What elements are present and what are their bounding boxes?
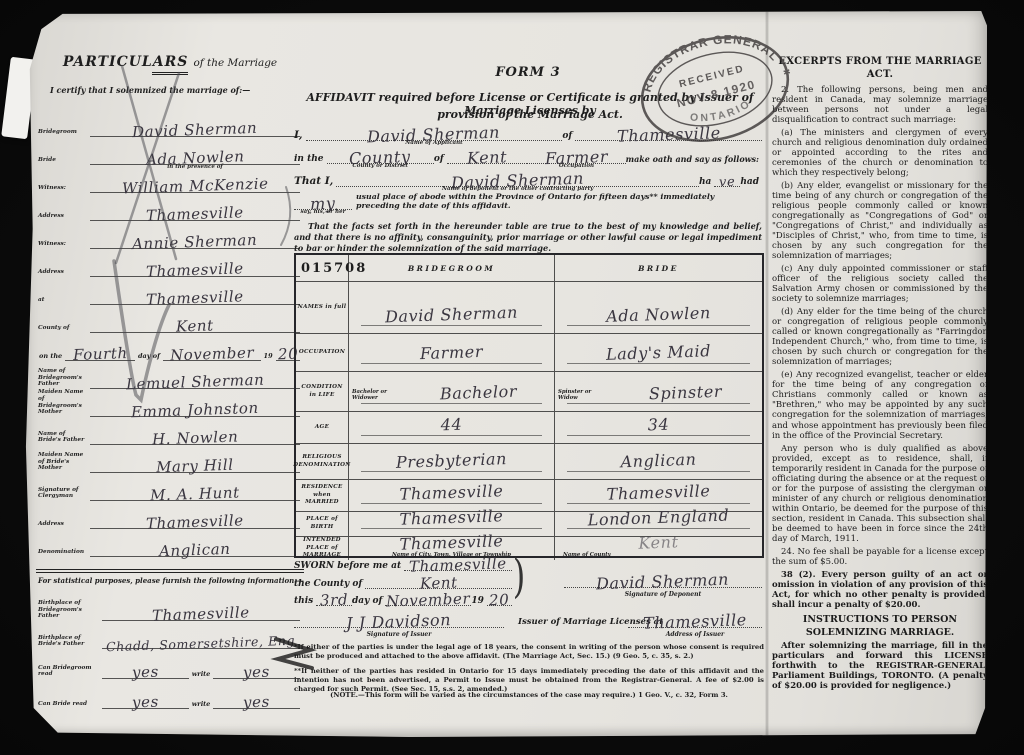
handwritten-value: 44 <box>349 411 555 437</box>
excerpts-column: EXCERPTS FROM THE MARRIAGE ACT. 2. The f… <box>772 55 988 694</box>
handwritten-value: Farmer <box>349 339 555 365</box>
field-bridegroom-father: Name of Bridegroom's Father Lemuel Sherm… <box>36 363 300 389</box>
handwritten-value: Anglican <box>159 540 231 560</box>
serial-number: 015708 <box>296 255 348 281</box>
handwritten-value: Thamesville <box>146 287 244 308</box>
writing-line: Fourth <box>65 345 135 361</box>
excerpts-heading: EXCERPTS FROM THE MARRIAGE ACT. <box>772 55 988 81</box>
section-divider <box>36 569 304 573</box>
cell-names-bride: Ada Nowlen <box>554 281 762 333</box>
field-bride-father: Name of Bride's Father H. Nowlen <box>36 419 300 445</box>
cell-religion-bride: Anglican <box>554 443 762 479</box>
cell-age-groom: 44 <box>348 411 554 443</box>
marriage-affidavit-document: PARTICULARS of the Marriage I certify th… <box>24 11 987 737</box>
footnote-note: (NOTE.—This form will be varied as the c… <box>294 691 764 699</box>
field-at: at Thamesville <box>36 279 300 305</box>
handwritten-value: Ada Nowlen <box>555 301 763 327</box>
writing-line: Ada Nowlen in the presence of <box>90 149 300 165</box>
issuer-address-line: Thamesville <box>628 603 762 628</box>
cell-occupation-bride: Lady's Maid <box>554 333 762 371</box>
excerpt-paragraph: 24. No fee shall be payable for a licens… <box>772 547 988 567</box>
field-label: Maiden Name of Bridegroom's Mother <box>36 389 90 417</box>
handwritten-value: David Sherman <box>132 119 258 141</box>
field-label: Bride <box>36 157 90 165</box>
handwritten-value: yes <box>243 663 270 682</box>
handwritten-value: Bachelor <box>405 380 553 404</box>
instructions-heading: INSTRUCTIONS TO PERSON SOLEMNIZING MARRI… <box>772 614 988 640</box>
handwritten-value: Anglican <box>555 447 763 473</box>
handwritten-value: Thamesville <box>152 603 250 624</box>
field-clergyman-address: Address Thamesville <box>36 503 300 529</box>
excerpt-paragraph: (d) Any elder for the time being of the … <box>772 307 988 367</box>
year-printed: 19 <box>261 352 276 361</box>
field-bridegroom-mother: Maiden Name of Bridegroom's Mother Emma … <box>36 391 300 417</box>
handwritten-value: Lemuel Sherman <box>126 371 265 394</box>
writing-line: Anglican <box>90 541 300 557</box>
scan-background: PARTICULARS of the Marriage I certify th… <box>0 0 1024 755</box>
writing-line: Chadd, Somersetshire, Eng <box>102 636 300 649</box>
excerpt-paragraph: (c) Any duly appointed commissioner or s… <box>772 264 988 304</box>
writing-line: Emma Johnston <box>90 401 300 417</box>
field-bride: Bride Ada Nowlen in the presence of <box>36 139 300 165</box>
writing-line: yes <box>102 693 189 709</box>
field-label: Signature of Clergyman <box>36 487 90 501</box>
particulars-title-suffix: of the Marriage <box>193 57 277 69</box>
writing-line: my say, his, or her <box>294 194 352 210</box>
statistical-note: For statistical purposes, please furnish… <box>38 577 304 585</box>
handwritten-value: 34 <box>555 411 763 437</box>
field-bridegroom: Bridegroom David Sherman <box>36 111 300 137</box>
cell-names-groom: David Sherman <box>348 281 554 333</box>
handwritten-value: Presbyterian <box>349 447 555 473</box>
field-bride-mother: Maiden Name of Bride's Mother Mary Hill <box>36 447 300 473</box>
handwritten-value: Thamesville <box>146 259 244 280</box>
deponent-signature-label: Signature of Deponent <box>564 591 762 598</box>
condition-sub-label: Spinster or Widow <box>558 389 612 402</box>
field-label: Witness: <box>36 185 90 193</box>
cell-age-bride: 34 <box>554 411 762 443</box>
row-label-residence: RESIDENCE when MARRIED <box>296 479 348 511</box>
field-marriage-date: on the Fourth day of November 19 20 <box>36 335 300 361</box>
writing-line: Thamesville <box>90 261 300 277</box>
field-label: Bridegroom <box>36 129 90 137</box>
excerpt-paragraph: (b) Any elder, evangelist or missionary … <box>772 181 988 261</box>
handwritten-value: Emma Johnston <box>131 399 259 421</box>
cell-religion-groom: Presbyterian <box>348 443 554 479</box>
cell-condition-bride: Spinster or Widow Spinster <box>554 371 762 411</box>
writing-line: Kent <box>90 317 300 333</box>
field-birthplace-bride-father: Birthplace of Bride's Father Chadd, Some… <box>36 623 300 649</box>
handwritten-value: Chadd, Somersetshire, Eng <box>106 633 296 655</box>
writing-line: M. A. Hunt <box>90 485 300 501</box>
field-label: Witness: <box>36 241 90 249</box>
stamp-star: ✱ <box>782 67 792 79</box>
deponent-signature: David Sherman <box>596 570 730 594</box>
handwritten-value: Thamesville <box>555 479 763 505</box>
handwritten-value: David Sherman <box>349 301 555 327</box>
field-witness-1: Witness: William McKenzie <box>36 167 300 193</box>
footnote-1: *If either of the parties is under the l… <box>294 643 764 661</box>
sub-note: say, his, or her <box>294 210 352 216</box>
handwritten-value: yes <box>132 663 159 682</box>
issuer-address-label: Address of Issuer <box>628 631 762 638</box>
handwritten-value: M. A. Hunt <box>150 483 240 504</box>
handwritten-value: yes <box>132 693 159 712</box>
field-denomination: Denomination Anglican <box>36 531 300 557</box>
writing-line: David Sherman <box>90 121 300 137</box>
excerpt-paragraph: Any person who is duly qualified as abov… <box>772 444 988 544</box>
issuer-signature-line: J J Davidson <box>294 603 504 628</box>
field-label: Denomination <box>36 549 90 557</box>
field-label: Can Bridegroom read <box>36 665 102 679</box>
deponent-signature-line: David Sherman <box>564 563 762 588</box>
bridegroom-bride-table: 015708 BRIDEGROOM BRIDE NAMES in full Da… <box>294 253 764 558</box>
row-label-age: AGE <box>296 411 348 443</box>
excerpt-paragraph: 2. The following persons, being men and … <box>772 85 988 125</box>
writing-line: Annie Sherman <box>90 233 300 249</box>
field-label: Name of Bridegroom's Father <box>36 368 90 389</box>
excerpt-paragraph: 38 (2). Every person guilty of an act or… <box>772 570 988 610</box>
writing-line: H. Nowlen <box>90 429 300 445</box>
row-label-religion: RELIGIOUS DENOMINATION <box>296 443 348 479</box>
writing-line: yes <box>213 693 300 709</box>
date-mid: day of <box>135 352 163 361</box>
field-address-2: Address Thamesville <box>36 251 300 277</box>
write-label: write <box>189 700 214 709</box>
row-label-condition: CONDITION in LIFE <box>296 371 348 411</box>
printed-text: usual place of abode within the Province… <box>352 192 762 210</box>
field-label: Can Bride read <box>36 701 102 709</box>
certify-line: I certify that I solemnized the marriage… <box>50 85 300 95</box>
field-bride-literacy: Can Bride read yes write yes <box>36 683 300 709</box>
handwritten-month: November <box>169 344 254 365</box>
particulars-title-main: PARTICULARS <box>63 54 189 70</box>
column-header-bride: BRIDE <box>554 255 762 281</box>
writing-line: William McKenzie <box>90 177 300 193</box>
field-witness-2: Witness: Annie Sherman <box>36 223 300 249</box>
condition-sub-label: Bachelor or Widower <box>352 389 406 402</box>
field-label: Maiden Name of Bride's Mother <box>36 452 90 473</box>
cell-intended-bride: Kent Name of County <box>554 536 762 560</box>
write-label: write <box>189 670 214 679</box>
row-label-names: NAMES in full <box>296 281 348 333</box>
title-rule <box>152 72 188 75</box>
writing-line: November <box>163 345 261 361</box>
issuer-signature-label: Signature of Issuer <box>294 631 504 638</box>
writing-line: Thamesville <box>90 289 300 305</box>
writing-line: Thamesville <box>90 205 300 221</box>
writing-line: yes <box>213 663 300 679</box>
row-label-birthplace: PLACE of BIRTH <box>296 511 348 536</box>
handwritten-value: H. Nowlen <box>152 427 239 448</box>
affidavit-declaration: That the facts set forth in the hereunde… <box>294 221 762 254</box>
date-prefix: on the <box>36 352 65 361</box>
handwritten-value: Thamesville <box>146 511 244 532</box>
row-label-occupation: OCCUPATION <box>296 333 348 371</box>
cell-occupation-groom: Farmer <box>348 333 554 371</box>
field-label: Address <box>36 213 90 221</box>
handwritten-value: Annie Sherman <box>132 231 258 253</box>
sworn-line-1: SWORN before me at Thamesville <box>294 551 512 571</box>
excerpt-paragraph: (a) The ministers and clergymen of every… <box>772 128 988 178</box>
field-label: County of <box>36 325 90 333</box>
field-label: at <box>36 297 90 305</box>
intended-sub-label: Name of County <box>563 552 762 558</box>
field-label: Address <box>36 269 90 277</box>
closing-brace: ) <box>513 549 526 603</box>
handwritten-value: Kent <box>176 316 214 335</box>
column-header-bridegroom: BRIDEGROOM <box>348 255 554 281</box>
cell-condition-groom: Bachelor or Widower Bachelor <box>348 371 554 411</box>
handwritten-value: Mary Hill <box>156 456 234 477</box>
handwritten-day: Fourth <box>72 344 127 364</box>
field-label: Address <box>36 521 90 529</box>
field-label: Birthplace of Bridegroom's Father <box>36 600 102 621</box>
affidavit-line-4: my say, his, or her usual place of abode… <box>294 184 762 210</box>
particulars-title: PARTICULARS of the Marriage <box>36 51 304 70</box>
issuer-signature: J J Davidson <box>346 610 452 633</box>
handwritten-value: Thamesville <box>349 479 555 505</box>
field-county: County of Kent <box>36 307 300 333</box>
field-clergyman-signature: Signature of Clergyman M. A. Hunt <box>36 475 300 501</box>
field-birthplace-bridegroom-father: Birthplace of Bridegroom's Father Thames… <box>36 595 300 621</box>
instructions-body: After solemnizing the marriage, fill in … <box>772 641 988 691</box>
field-bridegroom-literacy: Can Bridegroom read yes write yes <box>36 653 300 679</box>
field-label: Birthplace of Bride's Father <box>36 635 102 649</box>
handwritten-value: Thamesville <box>146 203 244 224</box>
field-label: Name of Bride's Father <box>36 431 90 445</box>
excerpt-paragraph: (e) Any recognized evangelist, teacher o… <box>772 370 988 440</box>
writing-line: Lemuel Sherman <box>90 373 300 389</box>
handwritten-value: Lady's Maid <box>555 339 763 365</box>
field-address-1: Address Thamesville <box>36 195 300 221</box>
writing-line: Thamesville <box>90 513 300 529</box>
handwritten-value: yes <box>243 693 270 712</box>
writing-line: yes <box>102 663 189 679</box>
writing-line: Mary Hill <box>90 457 300 473</box>
registrar-general-stamp: REGISTRAR GENERAL RECEIVED NOV 8 1920 ON… <box>630 25 800 153</box>
issuer-address: Thamesville <box>643 610 747 633</box>
handwritten-value: Spinster <box>611 380 761 404</box>
writing-line: Thamesville <box>102 605 300 621</box>
